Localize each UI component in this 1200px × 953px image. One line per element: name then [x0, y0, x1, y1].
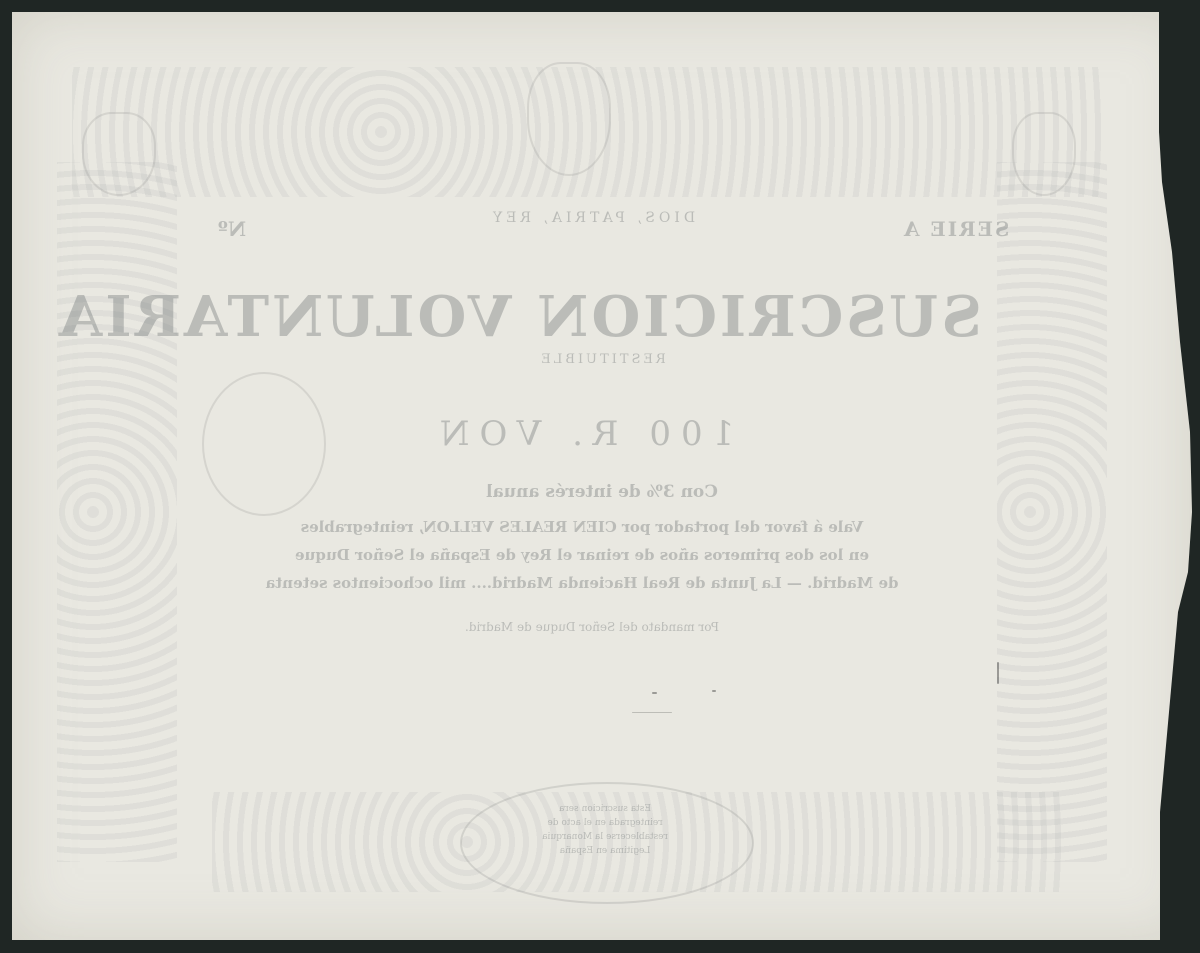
crown-crest-top — [527, 62, 611, 176]
shield-corner-right — [1012, 112, 1076, 196]
coat-of-arms-left — [202, 372, 326, 516]
cartouche-line-3: restablecerse la Monarquia — [460, 832, 750, 842]
amount: 100 R. VON — [372, 414, 792, 454]
signature-mark — [632, 712, 672, 713]
cartouche-line-2: reintegrada en el acto de — [460, 818, 750, 828]
shield-corner-left — [82, 112, 156, 196]
signature-mark — [712, 690, 716, 692]
left-ornament-band — [57, 162, 177, 862]
cartouche-oval — [460, 782, 754, 904]
body-line-3: de Madrid. — La Junta de Real Hacienda M… — [202, 574, 962, 592]
cartouche-line-1: Esta suscricion sera — [460, 804, 750, 814]
subtitle: RESTITUIBLE — [452, 352, 752, 367]
number-label: Nº — [192, 217, 272, 241]
title: SUSCRICION VOLUNTARIA — [212, 284, 982, 350]
motto: DIOS, PATRIA, REY — [412, 210, 772, 226]
signature-mark — [652, 692, 657, 694]
cartouche-line-4: Legitima en España — [460, 846, 750, 856]
interest-line: Con 3% de interés anual — [412, 482, 792, 502]
body-line-1: Vale á favor del portador por CIEN REALE… — [202, 518, 962, 536]
mandate-line: Por mandato del Señor Duque de Madrid. — [392, 620, 792, 634]
bond-paper: SERIE A DIOS, PATRIA, REY Nº SUSCRICION … — [12, 12, 1192, 940]
right-ornament-band — [997, 162, 1107, 862]
signature-mark — [997, 662, 999, 684]
body-line-2: en los dos primeros años de reinar el Re… — [202, 546, 962, 564]
serie-label: SERIE A — [902, 217, 1009, 241]
